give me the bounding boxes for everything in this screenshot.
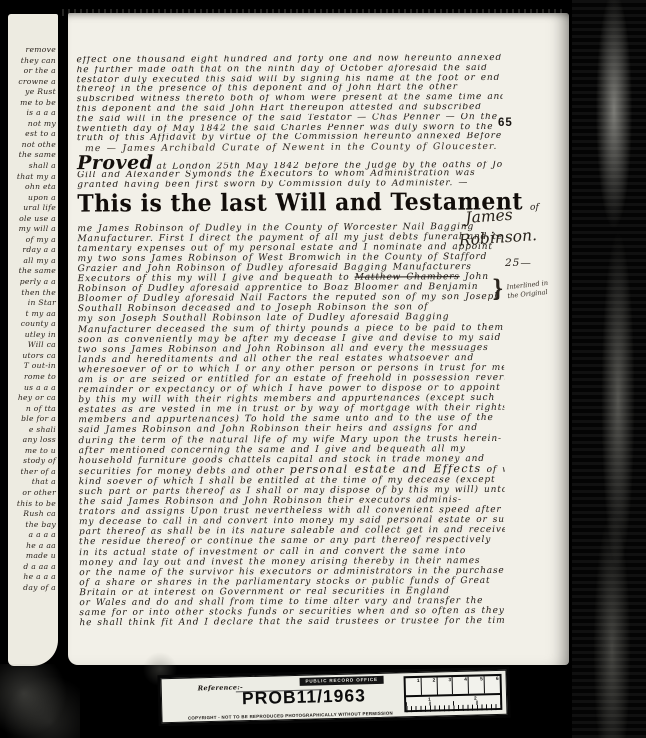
will-text-line: he shall think fit And I declare that th… <box>79 616 505 628</box>
struck-line-post: John <box>460 272 489 282</box>
adjacent-page-text-fragment: me to be <box>8 98 58 109</box>
adjacent-page-text-fragment: or the a <box>8 66 58 77</box>
adjacent-page-text-fragment: the same <box>8 150 58 161</box>
struck-out-words: Matthew Chambers <box>355 272 460 283</box>
adjacent-page-text-fragment: n of tta <box>8 404 58 415</box>
interlined-note-text: Interlined in the Original <box>506 279 549 300</box>
document-text-block: effect one thousand eight hundred and fo… <box>77 54 506 629</box>
adjacent-page-text-fragment: ye Rust <box>8 87 58 98</box>
adjacent-page-text-fragment: us a a a <box>8 383 58 394</box>
will-heading-title: This is the last Will and Testament <box>77 187 523 217</box>
adjacent-page-text-fragment: ole use a <box>8 214 58 225</box>
adjacent-page-text-fragment: day of a <box>8 583 58 594</box>
adjacent-page-text-fragment: shall a <box>8 161 58 172</box>
adjacent-page-edge: removethey canor the acrowne aye Rustme … <box>8 14 58 666</box>
margin-folio-fee: 25— <box>505 257 532 269</box>
adjacent-page-text-fragment: utley in <box>8 330 58 341</box>
adjacent-page-text-fragment: Will ca <box>8 340 58 351</box>
adjacent-page-text-fragment: ther of a <box>8 467 58 478</box>
ruler-inch-number: 2 <box>421 677 437 694</box>
ruler-inch-number: 4 <box>453 677 469 694</box>
adjacent-page-text-fragment: all my a <box>8 256 58 267</box>
adjacent-page-text-fragment: the same <box>8 266 58 277</box>
will-heading-row: This is the last Will and Testament of <box>77 189 503 222</box>
adjacent-page-text-fragment: or other <box>8 488 58 499</box>
adjacent-page-text-fragment: he a a a <box>8 572 58 583</box>
adjacent-page-text-fragment: made u <box>8 551 58 562</box>
probate-proved-word: Proved <box>77 156 153 170</box>
public-record-office-bar: PUBLIC RECORD OFFICE <box>300 676 384 686</box>
adjacent-page-text-fragment: perly a a <box>8 277 58 288</box>
ruler-inch-number: 5 <box>469 676 485 693</box>
film-edge-texture <box>572 0 646 738</box>
adjacent-page-text-fragment: they can <box>8 56 58 67</box>
adjacent-page-text-fragment: est to a <box>8 129 58 140</box>
adjacent-page-text-fragment: this to be <box>8 499 58 510</box>
adjacent-page-text-fragment: that my a <box>8 172 58 183</box>
ruler-inch-number: 1 <box>406 678 422 695</box>
will-body-part-c: kind soever of which I shall be entitled… <box>79 475 506 629</box>
reference-label-box: Reference:- PUBLIC RECORD OFFICE PROB11/… <box>161 670 508 723</box>
adjacent-page-text-fragment: Rush ca <box>8 509 58 520</box>
adjacent-page-text-fragment: rome to <box>8 372 58 383</box>
probate-reference-number: PROB11/1963 <box>242 685 366 709</box>
adjacent-page-text-fragment: rday a a <box>8 245 58 256</box>
adjacent-page-text-fragment: stody of <box>8 456 58 467</box>
adjacent-page-text-fragment: me to u <box>8 446 58 457</box>
emphasized-words: personal estate and Effects <box>290 464 482 476</box>
interline-brace-icon: } <box>492 276 504 303</box>
adjacent-page-text-fragment: hey or ca <box>8 393 58 404</box>
will-document-page: 65 effect one thousand eight hundred and… <box>68 13 569 665</box>
adjacent-page-text-fragment: that a <box>8 477 58 488</box>
adjacent-page-text-fragment: my will a <box>8 224 58 235</box>
adjacent-page-text-fragment: d a aa a <box>8 562 58 573</box>
adjacent-page-text-fragment: ural life <box>8 203 58 214</box>
adjacent-page-text-fragment: e shali <box>8 425 58 436</box>
adjacent-page-text-fragment: ble for a <box>8 414 58 425</box>
adjacent-page-text-fragment: remove <box>8 45 58 56</box>
ruler-cm-number: 2 <box>474 696 477 701</box>
affidavit-paragraph: effect one thousand eight hundred and fo… <box>77 54 503 144</box>
will-body-part-b: Robinson of Dudley aforesaid apprentice … <box>78 282 505 466</box>
ruler-inch-scale: 123456 <box>406 676 500 697</box>
adjacent-page-text-fragment: utors ca <box>8 351 58 362</box>
emph-line-post: of what <box>481 465 504 475</box>
ruler-inch-number: 3 <box>437 677 453 694</box>
adjacent-page-text-fragment: crowne a <box>8 77 58 88</box>
margin-interlined-note: } Interlined in the Original <box>492 279 548 300</box>
copyright-notice: COPYRIGHT - NOT TO BE REPRODUCED PHOTOGR… <box>162 710 418 721</box>
adjacent-page-text-fragment: he a aa <box>8 541 58 552</box>
adjacent-page-text-fragment: then the <box>8 288 58 299</box>
film-blotch-bottom-left <box>0 664 80 738</box>
microfilm-document-scan: removethey canor the acrowne aye Rustme … <box>0 0 646 738</box>
adjacent-page-text-fragment: t my aa <box>8 309 58 320</box>
adjacent-page-text-fragment: ohn eta <box>8 182 58 193</box>
adjacent-page-text-fragment: in Star <box>8 298 58 309</box>
adjacent-page-text-fragment: T out-in <box>8 361 58 372</box>
ruler-cm-number: 1 <box>428 697 431 702</box>
adjacent-page-text-fragment: not my <box>8 119 58 130</box>
reference-label-strip: Reference:- PUBLIC RECORD OFFICE PROB11/… <box>157 667 510 727</box>
adjacent-page-text-fragment: is a a a <box>8 108 58 119</box>
measurement-ruler: 123456 1 2 <box>404 674 503 712</box>
adjacent-page-text-fragment: not othe <box>8 140 58 151</box>
ruler-inch-number: 6 <box>485 676 500 693</box>
adjacent-page-text-fragment: a a a a <box>8 530 58 541</box>
ruler-cm-scale: 1 2 <box>406 695 500 712</box>
adjacent-page-text-fragment: upon a <box>8 193 58 204</box>
adjacent-page-text-fragment: county a <box>8 319 58 330</box>
adjacent-page-text-fragment: of my a <box>8 235 58 246</box>
adjacent-page-text-fragment: any loss <box>8 435 58 446</box>
adjacent-page-text-fragment: the bay <box>8 520 58 531</box>
will-body-part-a: me James Robinson of Dudley in the Count… <box>77 221 503 274</box>
